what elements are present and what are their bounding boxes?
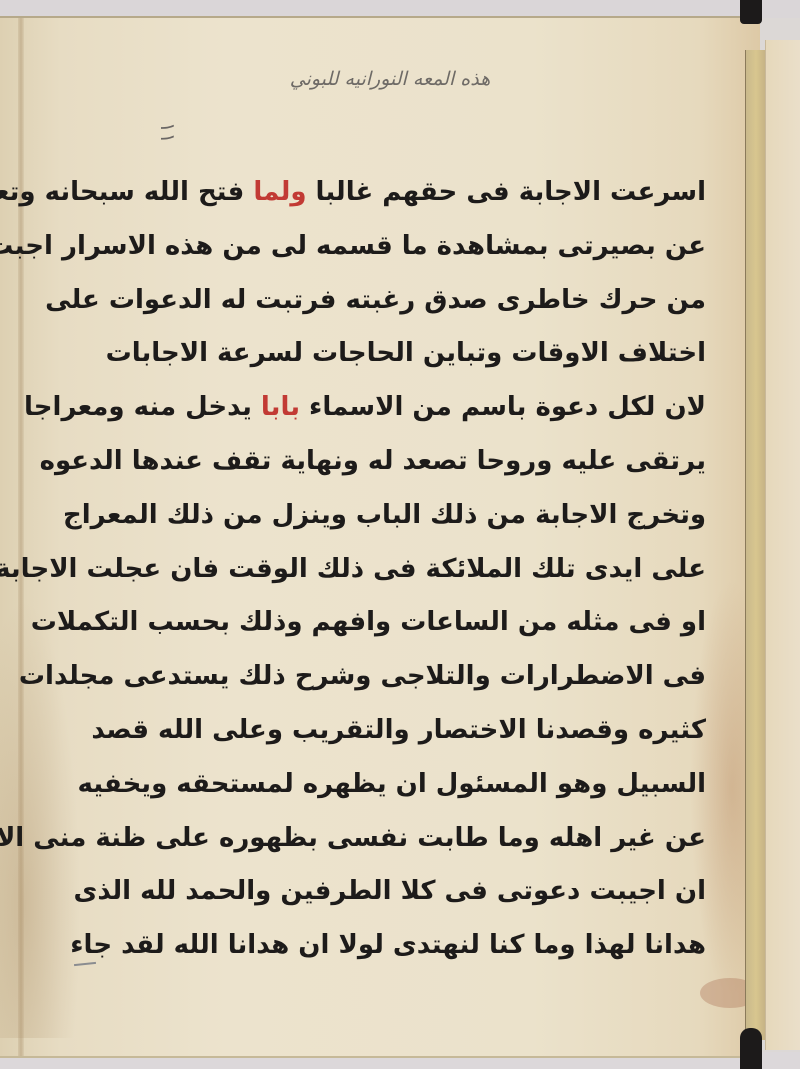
text-line: وتخرج الاجابة من ذلك الباب وينزل من ذلك … (170, 489, 710, 543)
line-text: يرتقى عليه وروحا تصعد له ونهاية تقف عنده… (40, 446, 706, 476)
text-line: من حرك خاطرى صدق رغبته فرتبت له الدعوات … (170, 274, 710, 328)
text-line: اختلاف الاوقات وتباين الحاجات لسرعة الاج… (170, 327, 710, 381)
text-line: كثيره وقصدنا الاختصار والتقريب وعلى الله… (170, 704, 710, 758)
rubric-word: بابا (261, 392, 300, 422)
line-text: وتخرج الاجابة من ذلك الباب وينزل من ذلك … (63, 500, 706, 530)
line-text: اسرعت الاجابة فى حقهم غالبا (307, 177, 707, 207)
text-line: اسرعت الاجابة فى حقهم غالبا ولما فتح الل… (190, 166, 710, 220)
line-text: عن غير اهله وما طابت نفسى بظهوره على ظنة… (0, 823, 706, 853)
main-text-block: اسرعت الاجابة فى حقهم غالبا ولما فتح الل… (170, 166, 710, 973)
text-line: يرتقى عليه وروحا تصعد له ونهاية تقف عنده… (170, 435, 710, 489)
line-text: كثيره وقصدنا الاختصار والتقريب وعلى الله… (91, 715, 706, 745)
text-line: على ايدى تلك الملائكة فى ذلك الوقت فان ع… (170, 543, 710, 597)
text-line: او فى مثله من الساعات وافهم وذلك بحسب ال… (170, 596, 710, 650)
line-text: على ايدى تلك الملائكة فى ذلك الوقت فان ع… (0, 554, 706, 584)
line-text: من حرك خاطرى صدق رغبته فرتبت له الدعوات … (45, 285, 706, 315)
text-line: عن بصيرتى بمشاهدة ما قسمه لى من هذه الاس… (170, 220, 710, 274)
line-text: يدخل منه ومعراجا (24, 392, 261, 422)
manuscript-page: هذه المعه النورانيه للبوني ١١ اسرعت الاج… (0, 16, 760, 1058)
line-text: اختلاف الاوقات وتباين الحاجات لسرعة الاج… (106, 338, 706, 368)
folio-number: ١١ (140, 122, 180, 162)
clip-bottom (740, 1028, 762, 1069)
text-line: عن غير اهله وما طابت نفسى بظهوره على ظنة… (170, 812, 710, 866)
header-annotation: هذه المعه النورانيه للبوني (250, 68, 530, 108)
line-text: او فى مثله من الساعات وافهم وذلك بحسب ال… (31, 607, 706, 637)
line-text: فتح الله سبحانه وتعا (0, 177, 253, 207)
line-text: هدانا لهذا وما كنا لنهتدى لولا ان هدانا … (70, 930, 706, 960)
line-text: السبيل وهو المسئول ان يظهره لمستحقه ويخف… (77, 769, 706, 799)
line-text: لان لكل دعوة باسم من الاسماء (300, 392, 706, 422)
binding-gutter (745, 50, 766, 1040)
rubric-word: ولما (253, 177, 306, 207)
line-text: ان اجيبت دعوتى فى كلا الطرفين والحمد لله… (74, 876, 706, 906)
text-line: لان لكل دعوة باسم من الاسماء بابا يدخل م… (170, 381, 710, 435)
line-text: عن بصيرتى بمشاهدة ما قسمه لى من هذه الاس… (0, 231, 706, 261)
clip-top (740, 0, 762, 24)
text-line: هدانا لهذا وما كنا لنهتدى لولا ان هدانا … (240, 919, 710, 973)
text-line: فى الاضطرارات والتلاجى وشرح ذلك يستدعى م… (170, 650, 710, 704)
line-text: فى الاضطرارات والتلاجى وشرح ذلك يستدعى م… (19, 661, 706, 691)
next-page-edge (765, 40, 800, 1050)
text-line: ان اجيبت دعوتى فى كلا الطرفين والحمد لله… (230, 865, 710, 919)
text-line: السبيل وهو المسئول ان يظهره لمستحقه ويخف… (170, 758, 710, 812)
